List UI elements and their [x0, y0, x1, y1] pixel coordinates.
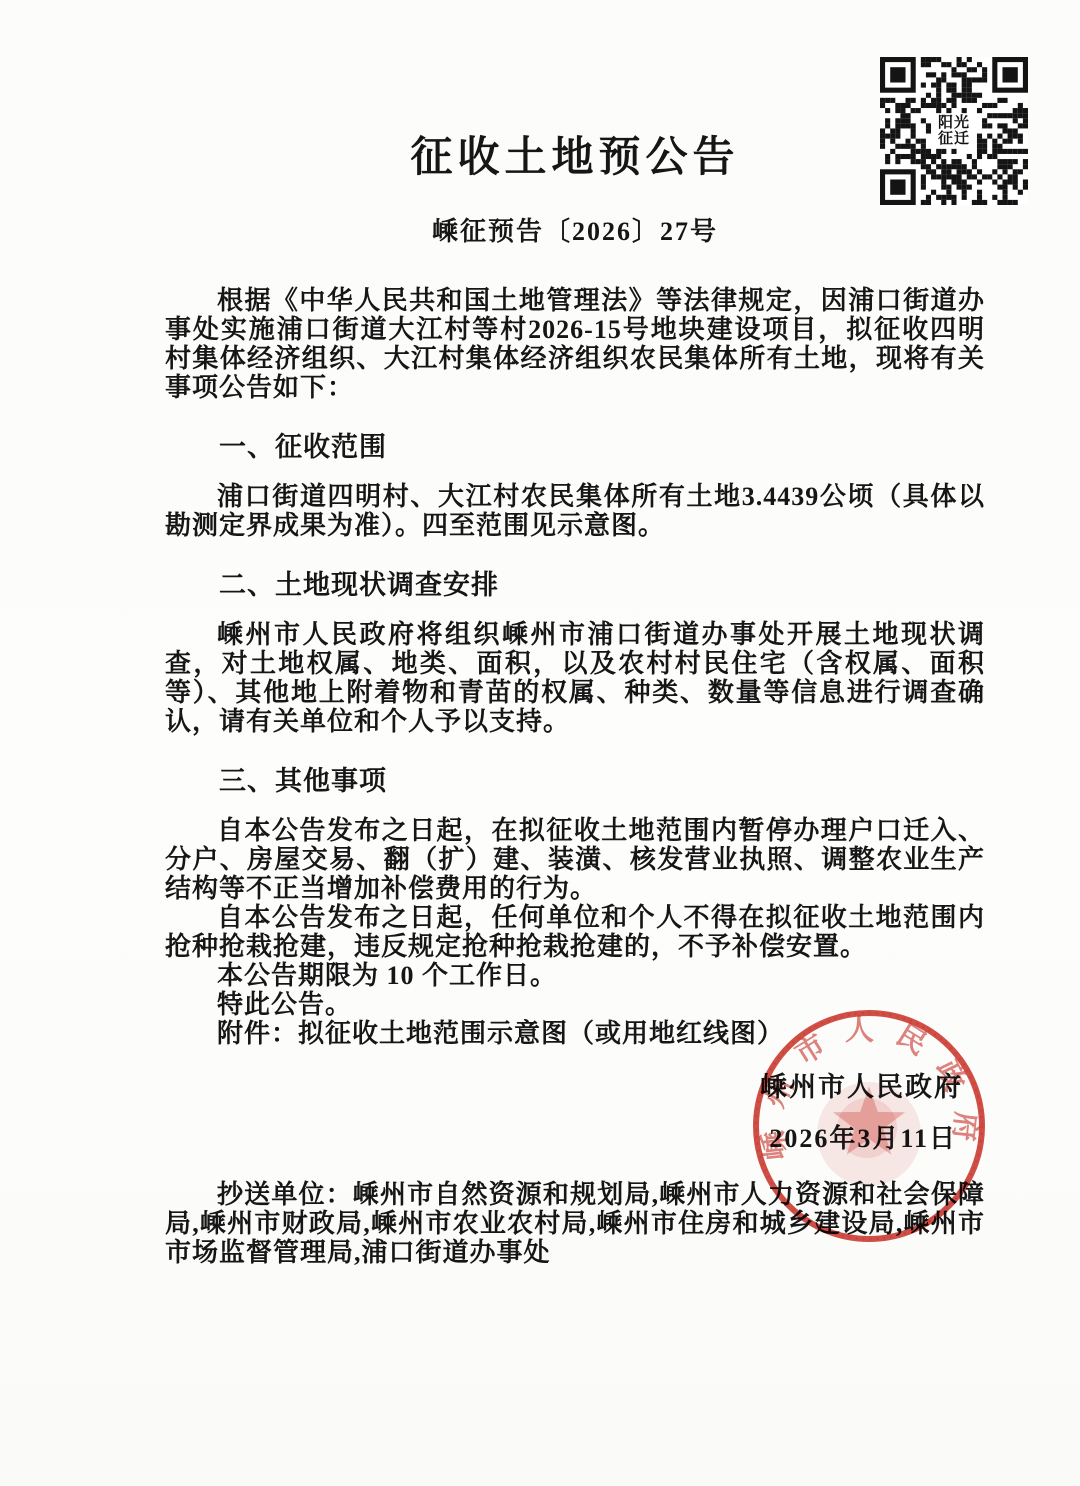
section-1-heading: 一、征收范围 [165, 432, 985, 462]
document-title: 征收土地预公告 [165, 132, 985, 185]
section-3-paragraph-1: 自本公告发布之日起，在拟征收土地范围内暂停办理户口迁入、分户、房屋交易、翻（扩）… [165, 816, 985, 903]
document-number: 嵊征预告〔2026〕27号 [165, 211, 985, 248]
attachment-line: 附件：拟征收土地范围示意图（或用地红线图） [165, 1019, 985, 1048]
section-2-heading: 二、土地现状调查安排 [165, 570, 985, 600]
section-2-paragraph: 嵊州市人民政府将组织嵊州市浦口街道办事处开展土地现状调查，对土地权属、地类、面积… [165, 620, 985, 736]
section-3-paragraph-2: 自本公告发布之日起，任何单位和个人不得在拟征收土地范围内抢种抢栽抢建，违反规定抢… [165, 903, 985, 961]
notice-period-line: 本公告期限为 10 个工作日。 [165, 961, 985, 990]
intro-paragraph: 根据《中华人民共和国土地管理法》等法律规定，因浦口街道办事处实施浦口街道大江村等… [165, 286, 985, 402]
closing-line: 特此公告。 [165, 990, 985, 1019]
cc-line: 抄送单位：嵊州市自然资源和规划局,嵊州市人力资源和社会保障局,嵊州市财政局,嵊州… [165, 1180, 985, 1267]
qr-code: 阳光 征迁 [880, 57, 1028, 205]
signature-block: 嵊州市人民政府 2026年3月11日 [165, 1072, 985, 1154]
signature-date: 2026年3月11日 [165, 1124, 985, 1154]
qr-code-pattern [880, 57, 1028, 205]
section-3-heading: 三、其他事项 [165, 766, 985, 796]
signature-issuer: 嵊州市人民政府 [165, 1072, 985, 1102]
announcement-page: 阳光 征迁 征收土地预公告 嵊征预告〔2026〕27号 根据《中华人民共和国土地… [0, 0, 1080, 1486]
section-1-paragraph: 浦口街道四明村、大江村农民集体所有土地3.4439公顷（具体以勘测定界成果为准）… [165, 482, 985, 540]
